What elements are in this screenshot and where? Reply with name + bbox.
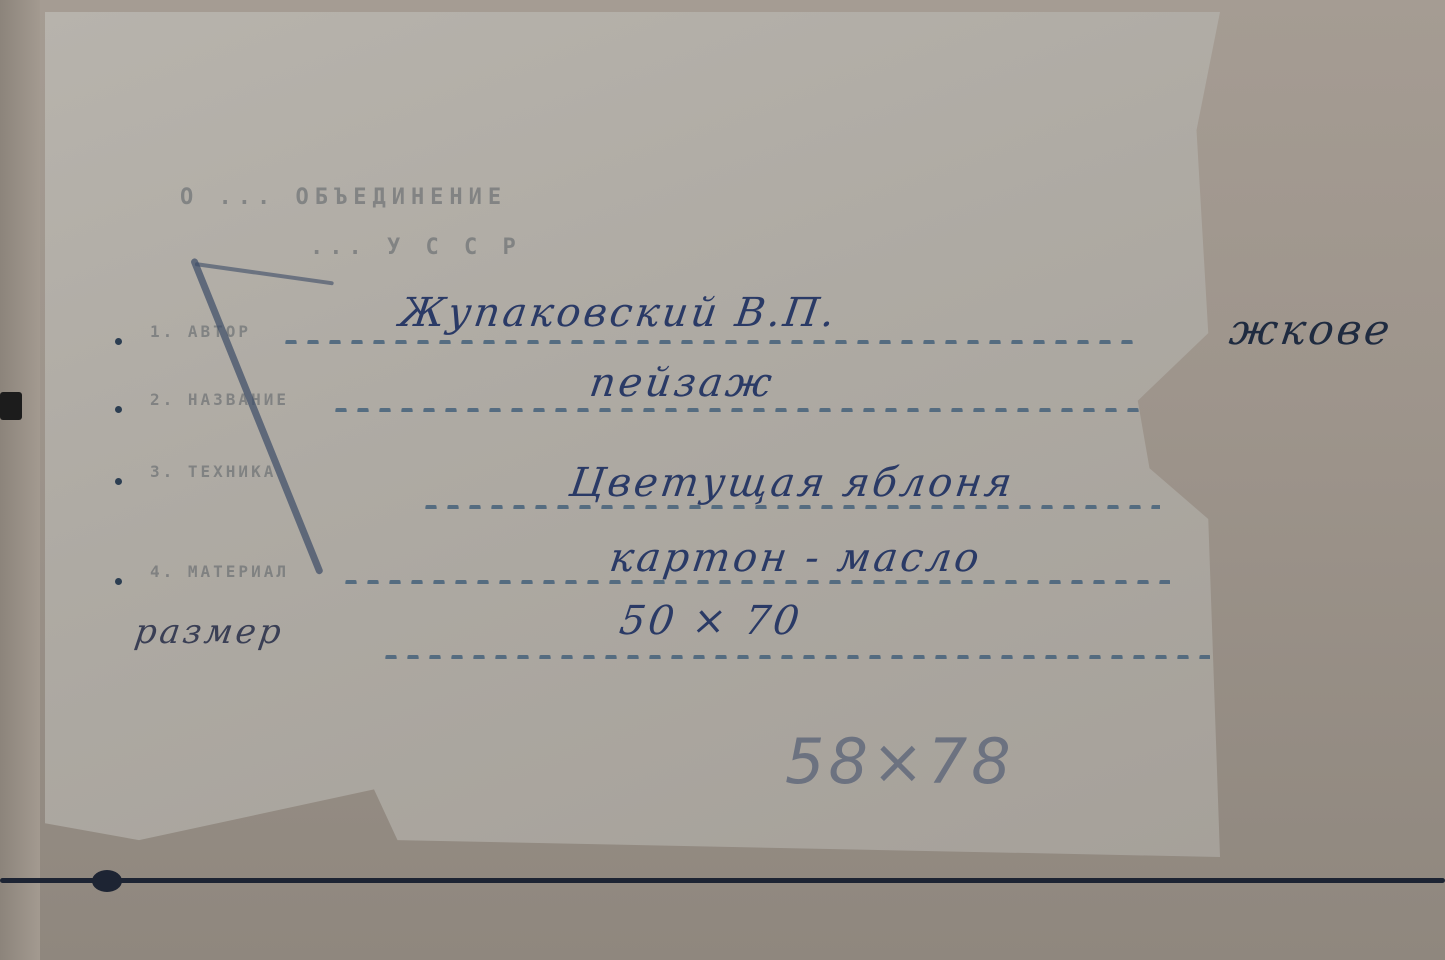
handwritten-size-label: размер <box>132 612 286 652</box>
bullet <box>115 578 122 585</box>
pencil-dimensions: 58×78 <box>785 725 1015 798</box>
printed-field-title: 2. НАЗВАНИЕ <box>150 390 289 409</box>
printed-header-line1: О ... ОБЪЕДИНЕНИЕ <box>180 185 507 210</box>
string-knot <box>92 870 122 892</box>
handwritten-author: Жупаковский В.П. <box>397 290 841 336</box>
frame-clip <box>0 392 22 420</box>
handwritten-genre: пейзаж <box>587 360 778 406</box>
handwritten-size: 50 × 70 <box>617 598 805 644</box>
dotted-line <box>280 340 1140 344</box>
bullet <box>115 338 122 345</box>
bullet <box>115 478 122 485</box>
printed-field-author: 1. АВТОР <box>150 322 251 341</box>
dotted-line <box>380 655 1210 659</box>
handwritten-title: Цветущая яблоня <box>567 460 1018 506</box>
hanging-string <box>0 878 1445 883</box>
printed-header-line2: ... У С С Р <box>310 235 522 260</box>
backing-handwriting: жкове <box>1227 305 1396 354</box>
bullet <box>115 406 122 413</box>
paper-label <box>45 12 1220 857</box>
dotted-line <box>330 408 1140 412</box>
frame-edge <box>0 0 40 960</box>
handwritten-medium: картон - масло <box>607 535 985 581</box>
printed-field-material: 4. МАТЕРИАЛ <box>150 562 289 581</box>
printed-field-technique: 3. ТЕХНИКА <box>150 462 276 481</box>
